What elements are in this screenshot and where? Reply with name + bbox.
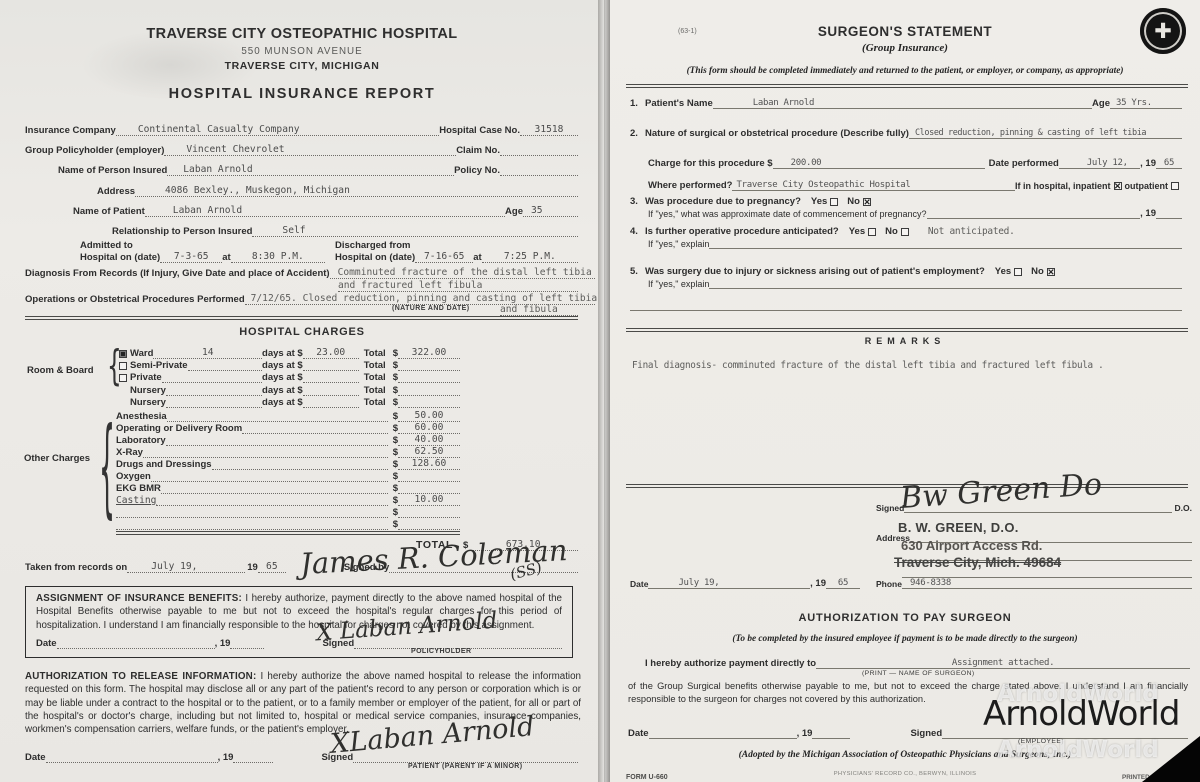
discharged-time-value: 7:25 P.M. — [482, 251, 578, 263]
scanned-insurance-forms: { "colors":{"paper":"#e9e7e3","ink":"#2e… — [0, 0, 1200, 782]
patient-name-value: Laban Arnold — [145, 205, 505, 217]
semi-private-checkbox — [119, 362, 127, 370]
age-label: Age — [1092, 98, 1110, 109]
operations-label: Operations or Obstetrical Procedures Per… — [25, 294, 245, 305]
remarks-title: REMARKS — [610, 336, 1200, 346]
address-value: 4086 Bexley., Muskegon, Michigan — [135, 185, 578, 197]
print-name-caption: (PRINT — NAME OF SURGEON) — [862, 670, 975, 677]
charge-row-private: Private days at $ Total $ — [116, 370, 460, 383]
form-title: HOSPITAL INSURANCE REPORT — [0, 86, 604, 102]
admitted-date-value: 7-3-65 — [160, 251, 222, 263]
outpatient-checkbox — [1171, 182, 1179, 190]
relationship-value: Self — [252, 225, 578, 237]
operations-row2: and fibula — [500, 303, 578, 316]
stamp-line3: Traverse City, Mich. 49684 — [894, 555, 1061, 570]
insurance-company-label: Insurance Company — [25, 125, 116, 136]
date-performed-value: July 12, — [1059, 158, 1140, 169]
patient-caption: PATIENT (PARENT IF A MINOR) — [408, 763, 523, 770]
pregnancy-yes-checkbox — [830, 198, 838, 206]
age-value: 35 Yrs. — [1110, 98, 1182, 109]
date-performed-year: 65 — [1156, 158, 1182, 169]
diagnosis-value-line2: and fractured left fibula — [338, 280, 578, 292]
hospital-address-line2: TRAVERSE CITY, MICHIGAN — [0, 60, 604, 72]
patient-name-row: 1. Patient's Name Laban Arnold Age 35 Yr… — [630, 96, 1182, 109]
admitted-row: Hospital on (date) 7-3-65 at 8:30 P.M. — [80, 250, 325, 263]
surgeon-date-row: Date July 19, , 19 65 — [630, 576, 860, 589]
procedure-value: Closed reduction, pinning & casting of l… — [909, 128, 1182, 139]
charges-total-divider — [116, 531, 460, 535]
employment-no-checkbox — [1047, 268, 1055, 276]
inpatient-checkbox — [1114, 182, 1122, 190]
private-checkbox — [119, 374, 127, 382]
where-performed-label: Where performed? — [648, 180, 732, 191]
surgeon-date-year: 65 — [826, 578, 860, 589]
remarks-divider — [626, 328, 1188, 332]
policyholder-caption: POLICYHOLDER — [411, 648, 471, 655]
surgeon-date-value: July 19, — [648, 578, 810, 589]
authorize-payment-value: Assignment attached. — [816, 658, 1190, 669]
printer-credit: PHYSICIANS' RECORD CO., BERWYN, ILLINOIS — [610, 771, 1200, 777]
hospital-charges-title: HOSPITAL CHARGES — [0, 326, 604, 338]
authorization-title: AUTHORIZATION TO PAY SURGEON — [610, 612, 1200, 624]
ward-checkbox — [119, 350, 127, 358]
hospital-case-no-label: Hospital Case No. — [439, 125, 520, 136]
phone-value: 946-8338 — [902, 578, 1192, 589]
group-policyholder-row: Group Policyholder (employer) Vincent Ch… — [25, 143, 578, 156]
other-charges-brace: { — [99, 404, 115, 529]
patient-name-row: Name of Patient Laban Arnold Age 35 — [73, 204, 578, 217]
hospital-address-line1: 550 MUNSON AVENUE — [0, 46, 604, 57]
patient-name-label: Patient's Name — [645, 98, 713, 109]
inpatient-label: If in hospital, inpatient — [1015, 181, 1111, 191]
pregnancy-sub-label: If "yes," what was approximate date of c… — [648, 209, 927, 219]
authorize-payment-row: I hereby authorize payment directly to A… — [645, 656, 1190, 669]
discharged-date-label: Hospital on (date) — [335, 252, 415, 263]
group-policyholder-label: Group Policyholder (employer) — [25, 145, 164, 156]
diagnosis-row: Diagnosis From Records (If Injury, Give … — [25, 266, 595, 279]
blank-line-row — [630, 298, 1182, 311]
assignment-date-signed-row: Date , 19 Signed — [36, 636, 562, 649]
remarks-text-row: Final diagnosis- comminuted fracture of … — [632, 358, 1192, 371]
age-label: Age — [505, 206, 523, 217]
authorization-subtitle: (To be completed by the insured employee… — [610, 634, 1200, 644]
section-divider — [25, 316, 578, 320]
admitted-date-label: Hospital on (date) — [80, 252, 160, 263]
charge-row-blank2: $ — [116, 517, 460, 530]
patient-name-label: Name of Patient — [73, 206, 145, 217]
procedure-label: Nature of surgical or obstetrical proced… — [645, 128, 909, 139]
further-explain-row: If "yes," explain — [648, 236, 1182, 249]
remarks-text: Final diagnosis- comminuted fracture of … — [632, 360, 1103, 371]
age-value: 35 — [523, 205, 578, 217]
insurance-company-row: Insurance Company Continental Casualty C… — [25, 123, 578, 136]
authorize-payment-label: I hereby authorize payment directly to — [645, 658, 816, 669]
surgeon-phone-row: Phone 946-8338 — [876, 576, 1192, 589]
diagnosis-value-line1: Comminuted fracture of the distal left t… — [330, 267, 595, 279]
outpatient-label: outpatient — [1125, 181, 1169, 191]
hospital-name: TRAVERSE CITY OSTEOPATHIC HOSPITAL — [0, 26, 604, 42]
assignment-date-line — [57, 648, 215, 649]
release-title: AUTHORIZATION TO RELEASE INFORMATION: — [25, 671, 256, 682]
procedure-row: 2. Nature of surgical or obstetrical pro… — [630, 126, 1182, 139]
charge-row: Charge for this procedure $ 200.00 Date … — [648, 156, 1182, 169]
release-date-line — [46, 762, 218, 763]
watermark-arnoldworld-small-bottom: ArnoldWorld — [997, 737, 1159, 763]
where-performed-value: Traverse City Osteopathic Hospital — [732, 180, 1015, 191]
discharged-date-value: 7-16-65 — [415, 251, 473, 263]
discharged-row: Hospital on (date) 7-16-65 at 7:25 P.M. — [335, 250, 578, 263]
person-insured-value: Laban Arnold — [167, 164, 454, 176]
employment-yes-checkbox — [1014, 268, 1022, 276]
where-performed-row: Where performed? Traverse City Osteopath… — [648, 178, 1182, 191]
relationship-label: Relationship to Person Insured — [112, 226, 252, 237]
records-date-value: July 19, — [127, 561, 245, 573]
charge-label: Charge for this procedure $ — [648, 158, 773, 169]
pregnancy-no-checkbox — [863, 198, 871, 206]
do-suffix: D.O. — [1175, 503, 1192, 513]
nature-and-date-caption: (NATURE AND DATE) — [392, 305, 469, 312]
group-insurance-subtitle: (Group Insurance) — [610, 42, 1200, 54]
stamp-line1: B. W. GREEN, D.O. — [898, 520, 1019, 535]
hospital-case-no-value: 31518 — [520, 124, 578, 136]
admitted-time-value: 8:30 P.M. — [231, 251, 325, 263]
date-performed-label: Date performed — [989, 158, 1059, 169]
release-date-signed-row: Date , 19 Signed — [25, 750, 578, 763]
claim-no-label: Claim No. — [456, 145, 500, 156]
operations-value-line2: and fibula — [500, 304, 578, 316]
policy-no-value — [500, 175, 578, 176]
patient-name-value: Laban Arnold — [713, 98, 1092, 109]
policy-no-label: Policy No. — [454, 165, 500, 176]
address-label: Address — [97, 186, 135, 197]
room-and-board-label: Room & Board — [27, 363, 94, 376]
pregnancy-sub-row: If "yes," what was approximate date of c… — [648, 206, 1182, 219]
surgeons-statement-title: SURGEON'S STATEMENT — [610, 24, 1200, 39]
charge-row-nursery2: Nursery days at $ Total $ — [116, 395, 460, 408]
diagnosis-label: Diagnosis From Records (If Injury, Give … — [25, 268, 330, 279]
group-policyholder-value: Vincent Chevrolet — [164, 144, 456, 156]
claim-no-value — [500, 155, 578, 156]
insurance-company-value: Continental Casualty Company — [116, 124, 439, 136]
form-instruction: (This form should be completed immediate… — [610, 66, 1200, 76]
further-yes-checkbox — [868, 228, 876, 236]
diagnosis-row2: and fractured left fibula — [338, 279, 578, 292]
left-page-hospital-insurance-report: TRAVERSE CITY OSTEOPATHIC HOSPITAL 550 M… — [0, 0, 604, 782]
stamp-line2: 630 Airport Access Rd. — [901, 538, 1042, 553]
watermark-arnoldworld-large: ArnoldWorld — [983, 694, 1179, 734]
employment-explain-row: If "yes," explain — [648, 276, 1182, 289]
relationship-row: Relationship to Person Insured Self — [112, 224, 578, 237]
other-charges-label: Other Charges — [24, 451, 90, 464]
further-no-checkbox — [901, 228, 909, 236]
person-insured-row: Name of Person Insured Laban Arnold Poli… — [58, 163, 578, 176]
phone-label: Phone — [876, 579, 902, 589]
header-divider — [626, 84, 1188, 88]
assignment-title: ASSIGNMENT OF INSURANCE BENEFITS: — [36, 593, 242, 604]
records-label: Taken from records on — [25, 562, 127, 573]
right-page-surgeons-statement: (63-1) SURGEON'S STATEMENT (Group Insura… — [610, 0, 1200, 782]
person-insured-label: Name of Person Insured — [58, 165, 167, 176]
address-row: Address 4086 Bexley., Muskegon, Michigan — [97, 184, 578, 197]
records-year-value: 65 — [258, 561, 286, 573]
hospital-seal-icon: ✚ — [1140, 8, 1186, 54]
charge-value: 200.00 — [773, 158, 923, 169]
